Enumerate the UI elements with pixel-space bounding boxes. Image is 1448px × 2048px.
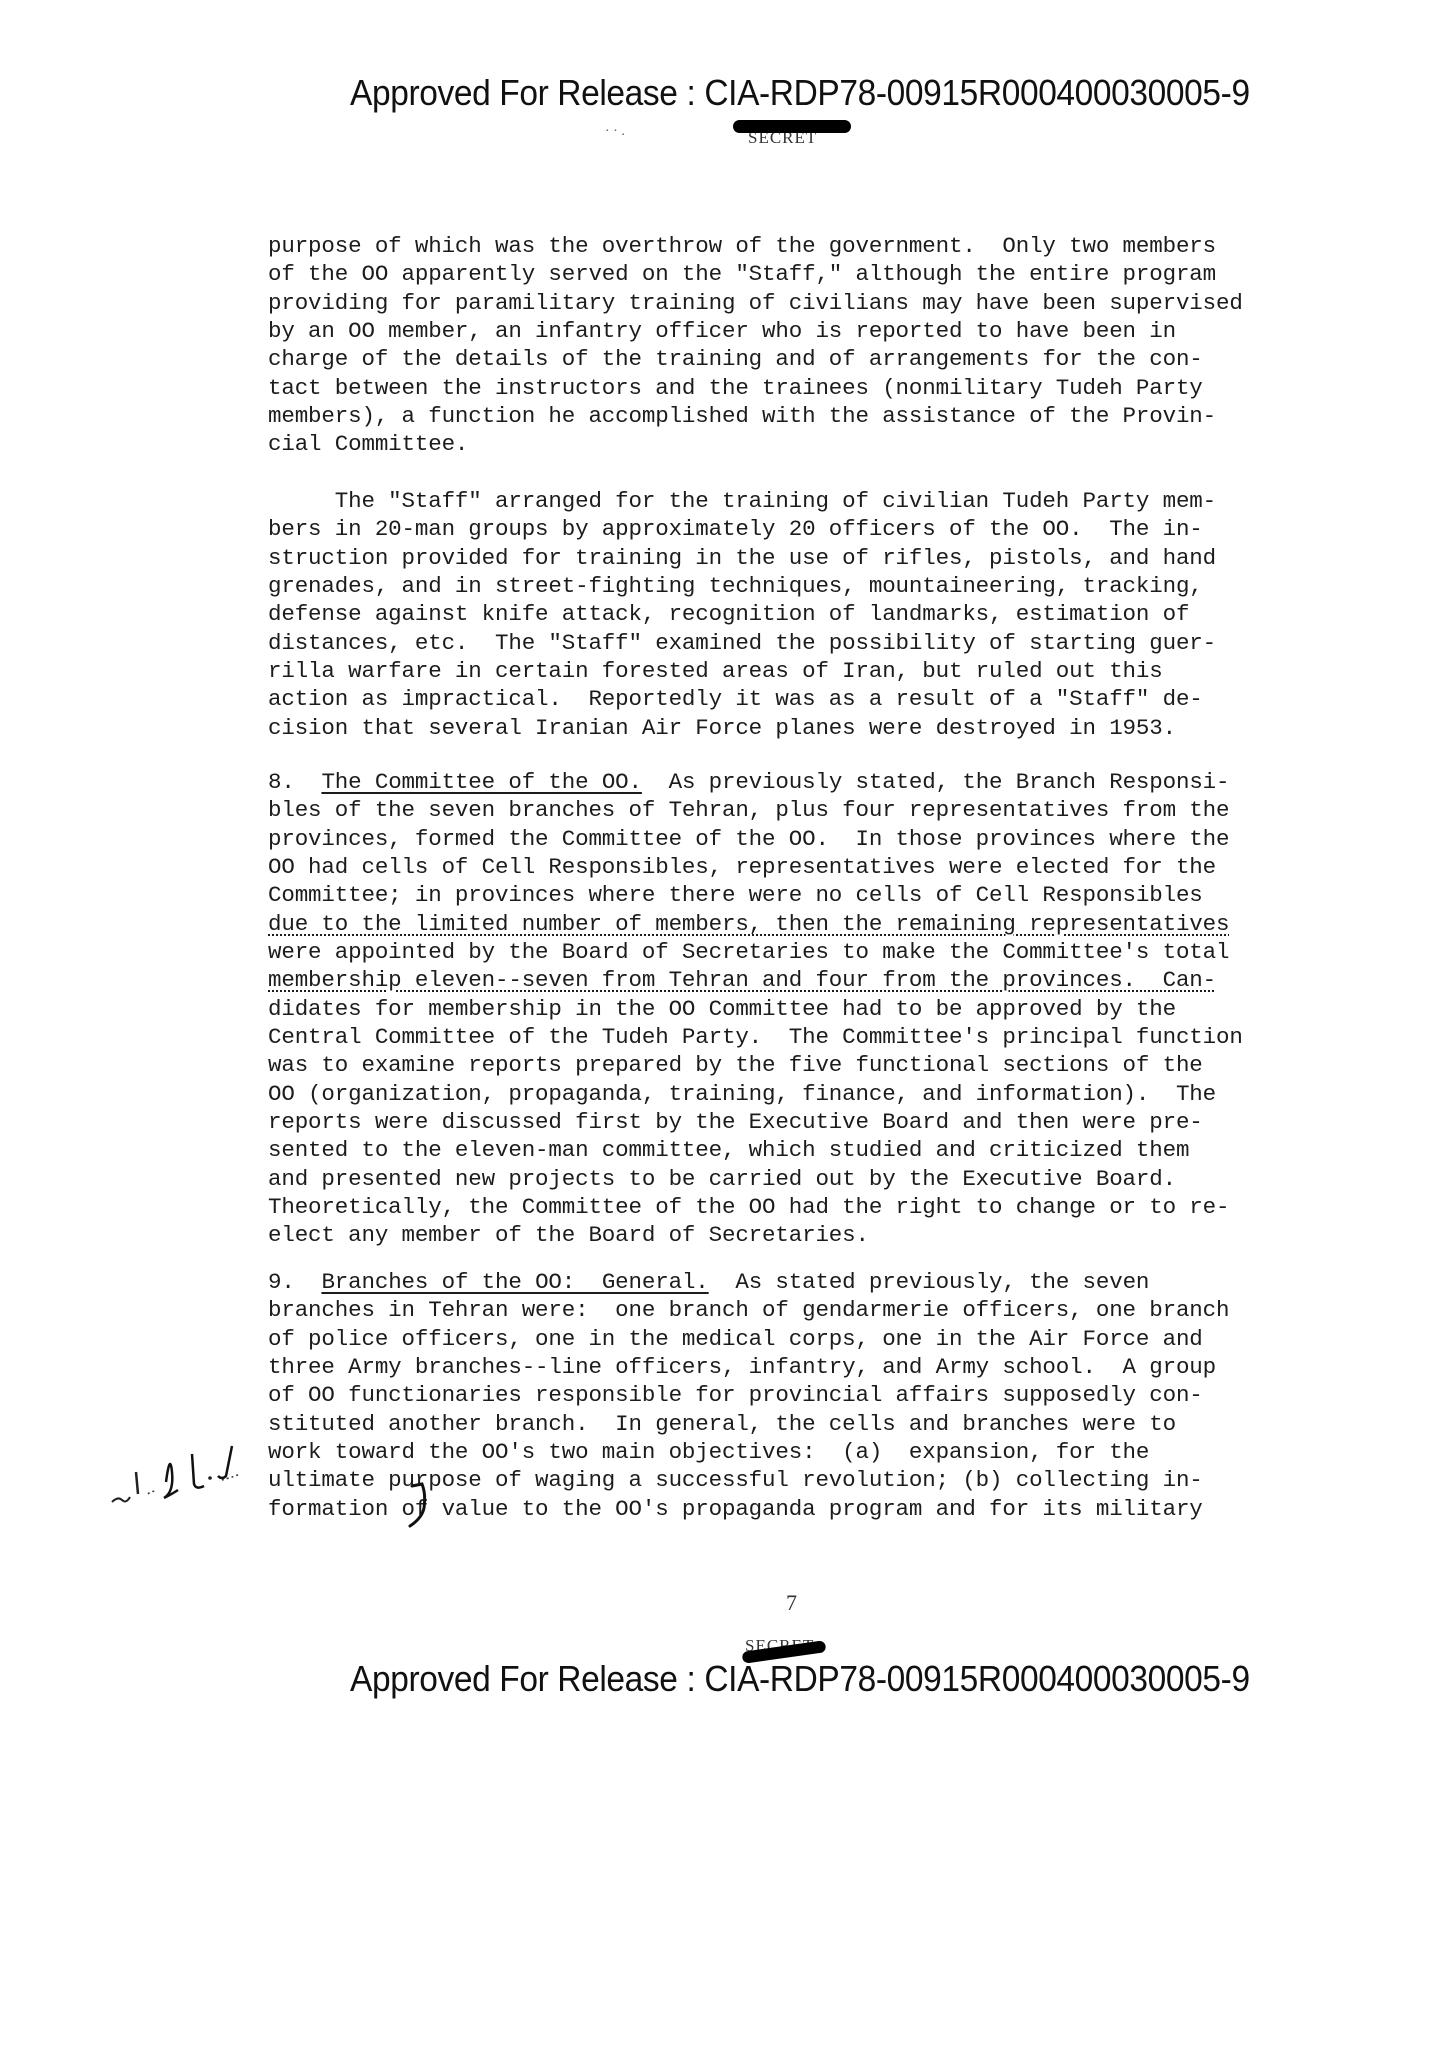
- text-line: work toward the OO's two main objectives…: [268, 1438, 1149, 1466]
- text-line: tact between the instructors and the tra…: [268, 374, 1203, 402]
- text-line: due to the limited number of members, th…: [268, 910, 1229, 938]
- text-line: rilla warfare in certain forested areas …: [268, 657, 1163, 685]
- text-line: OO (organization, propaganda, training, …: [268, 1080, 1216, 1108]
- text-line: three Army branches--line officers, infa…: [268, 1353, 1216, 1381]
- section-heading-line: 8. The Committee of the OO. As previousl…: [268, 768, 1229, 796]
- section-heading: The Committee of the OO.: [321, 769, 641, 795]
- text-line: and presented new projects to be carried…: [268, 1165, 1176, 1193]
- text-line: of police officers, one in the medical c…: [268, 1325, 1203, 1353]
- text-line: distances, etc. The "Staff" examined the…: [268, 629, 1216, 657]
- redaction-bar-header: [733, 120, 851, 133]
- text-line: of OO functionaries responsible for prov…: [268, 1381, 1203, 1409]
- handwritten-initials-icon: [108, 1420, 248, 1510]
- scan-specks: · · .: [605, 124, 625, 140]
- text-line: reports were discussed first by the Exec…: [268, 1108, 1203, 1136]
- text-line: cision that several Iranian Air Force pl…: [268, 714, 1176, 742]
- text-line: bers in 20-man groups by approximately 2…: [268, 515, 1203, 543]
- text-line: charge of the details of the training an…: [268, 345, 1203, 373]
- text-line: didates for membership in the OO Committ…: [268, 995, 1176, 1023]
- section-number: 8.: [268, 769, 295, 795]
- text-line: bles of the seven branches of Tehran, pl…: [268, 796, 1229, 824]
- text-line: purpose of which was the overthrow of th…: [268, 232, 1216, 260]
- handwritten-bracket-mark: [406, 1480, 436, 1530]
- text-line: were appointed by the Board of Secretari…: [268, 938, 1229, 966]
- text-line: cial Committee.: [268, 430, 468, 458]
- text-line: branches in Tehran were: one branch of g…: [268, 1296, 1229, 1324]
- text-line: The "Staff" arranged for the training of…: [268, 487, 1216, 515]
- text-run: As stated previously, the seven: [709, 1269, 1150, 1295]
- text-line: was to examine reports prepared by the f…: [268, 1051, 1203, 1079]
- text-line: sented to the eleven-man committee, whic…: [268, 1136, 1189, 1164]
- release-stamp-header: Approved For Release : CIA-RDP78-00915R0…: [350, 72, 1150, 114]
- section-heading: Branches of the OO: General.: [321, 1269, 708, 1295]
- text-line: membership eleven--seven from Tehran and…: [268, 966, 1216, 994]
- text-line: of the OO apparently served on the "Staf…: [268, 260, 1216, 288]
- text-line: Committee; in provinces where there were…: [268, 881, 1203, 909]
- text-line: grenades, and in street-fighting techniq…: [268, 572, 1203, 600]
- text-line: providing for paramilitary training of c…: [268, 289, 1243, 317]
- text-line: stituted another branch. In general, the…: [268, 1410, 1176, 1438]
- page-number: 7: [786, 1590, 797, 1616]
- text-run: As previously stated, the Branch Respons…: [642, 769, 1230, 795]
- section-heading-line: 9. Branches of the OO: General. As state…: [268, 1268, 1149, 1296]
- text-line: struction provided for training in the u…: [268, 544, 1216, 572]
- text-line: by an OO member, an infantry officer who…: [268, 317, 1176, 345]
- text-line: elect any member of the Board of Secreta…: [268, 1221, 869, 1249]
- text-line: OO had cells of Cell Responsibles, repre…: [268, 853, 1216, 881]
- release-stamp-footer: Approved For Release : CIA-RDP78-00915R0…: [350, 1658, 1150, 1700]
- text-line: provinces, formed the Committee of the O…: [268, 825, 1229, 853]
- text-line: defense against knife attack, recognitio…: [268, 600, 1189, 628]
- text-line: members), a function he accomplished wit…: [268, 402, 1216, 430]
- text-line: Central Committee of the Tudeh Party. Th…: [268, 1023, 1243, 1051]
- text-line: action as impractical. Reportedly it was…: [268, 685, 1203, 713]
- section-number: 9.: [268, 1269, 295, 1295]
- text-line: Theoretically, the Committee of the OO h…: [268, 1193, 1229, 1221]
